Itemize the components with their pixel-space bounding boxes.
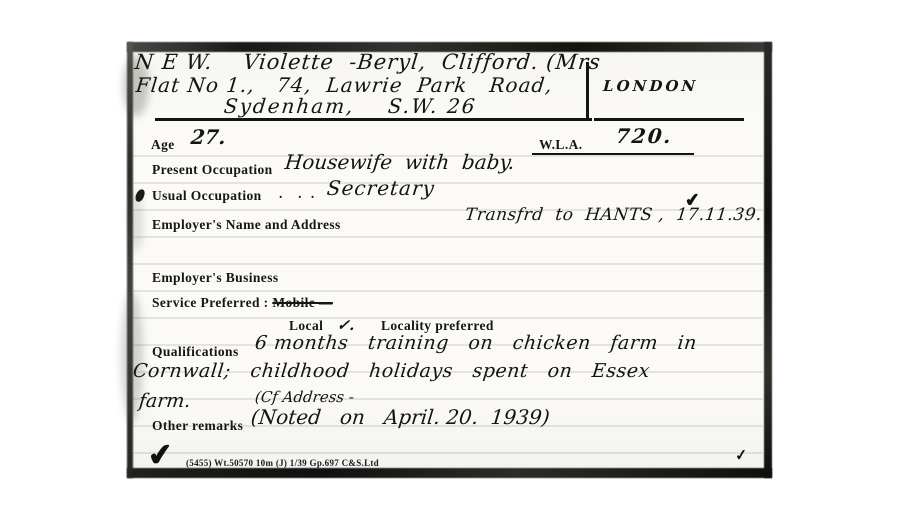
print-code: (5455) Wt.50570 10m (J) 1/39 Gp.697 C&S.…	[186, 458, 379, 468]
age-value: 27.	[190, 125, 227, 149]
ink-blot-icon	[134, 188, 146, 203]
wla-number-label: W.L.A.	[539, 137, 583, 153]
header-underline	[155, 118, 592, 121]
address-line-2: Sydenham, S.W. 26	[223, 94, 478, 118]
other-remarks-value: (Noted on April. 20. 1939)	[250, 405, 551, 429]
name-line: N E W. Violette -Beryl, Clifford. (Mrs	[134, 50, 602, 74]
age-label: Age	[151, 137, 175, 153]
region-box-divider	[586, 62, 589, 121]
present-occupation-label: Present Occupation	[152, 162, 273, 178]
scanned-record-page: N E W. Violette -Beryl, Clifford. (Mrs F…	[0, 0, 900, 531]
qualifications-label: Qualifications	[152, 344, 239, 360]
region-label: LONDON	[601, 77, 701, 95]
approval-check-icon: ✔	[146, 437, 175, 474]
service-preferred-label: Service Preferred : Mobile —	[152, 295, 333, 311]
present-occupation-value: Housewife with baby.	[284, 150, 516, 174]
corner-check-icon: ✓	[734, 445, 748, 465]
region-box-underline	[594, 118, 744, 121]
wla-index-card: N E W. Violette -Beryl, Clifford. (Mrs F…	[127, 42, 772, 478]
wla-underline	[532, 153, 694, 155]
card-bottom-edge	[127, 468, 772, 478]
transfer-check-icon: ✔	[684, 189, 701, 211]
service-preferred-text: Service Preferred :	[152, 295, 272, 310]
service-preferred-struck-option: Mobile —	[272, 295, 333, 310]
qualifications-line-2: Cornwall; childhood holidays spent on Es…	[132, 360, 651, 382]
usual-occupation-dots: . . .	[279, 186, 317, 202]
usual-occupation-label: Usual Occupation	[152, 188, 262, 204]
employer-name-label: Employer's Name and Address	[152, 217, 341, 233]
usual-occupation-value: Secretary	[326, 176, 436, 200]
qualifications-line-3: farm.	[138, 390, 192, 412]
wla-number-value: 720.	[615, 124, 674, 148]
employer-business-label: Employer's Business	[152, 270, 279, 286]
card-right-edge	[764, 42, 772, 478]
other-remarks-label: Other remarks	[152, 418, 243, 434]
card-left-edge	[127, 42, 133, 478]
qualifications-line-1: 6 months training on chicken farm in	[254, 332, 698, 354]
other-remarks-pre: (Cf Address -	[254, 388, 355, 406]
transfer-note: Transfrd to HANTS , 17.11.39.	[464, 205, 763, 225]
